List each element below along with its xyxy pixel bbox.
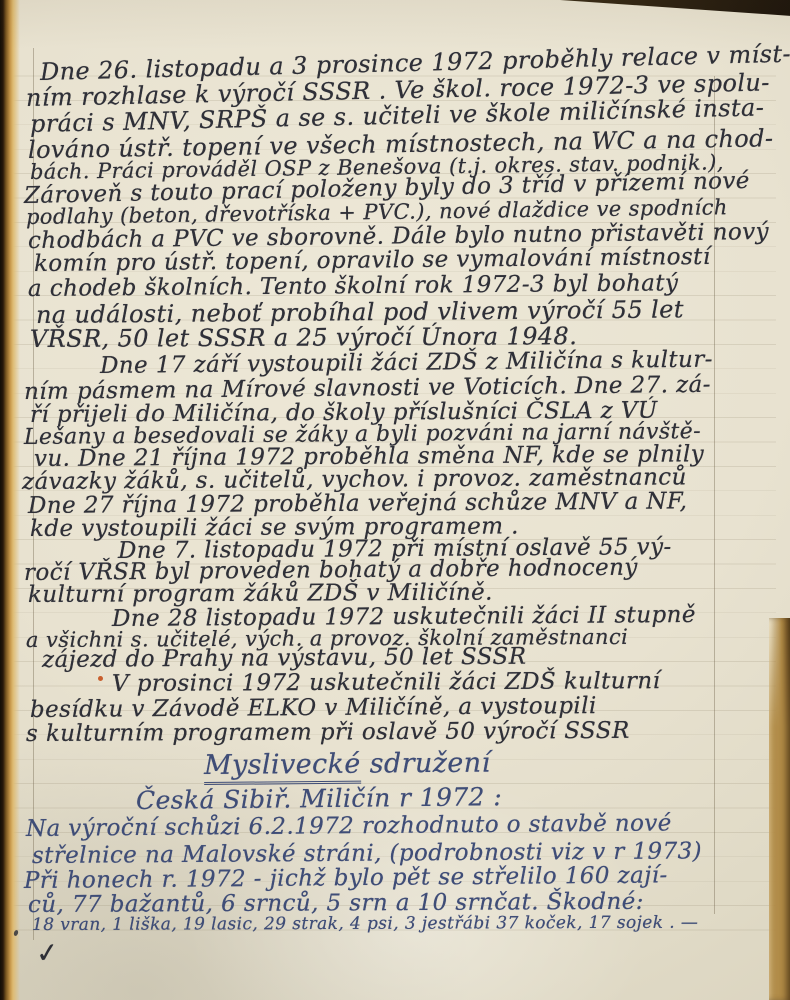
book-binding-left-edge xyxy=(0,0,20,1000)
chronicle-page-photo: Dne 26. listopadu a 3 prosince 1972 prob… xyxy=(0,0,790,1000)
underlying-pages-edge xyxy=(769,618,790,1000)
handwriting-line: zájezd do Prahy na výstavu, 50 let SSSR xyxy=(42,646,527,672)
underlined-heading-word: Myslivecké xyxy=(204,749,361,785)
handwriting-line: Na výroční schůzi 6.2.1972 rozhodnuto o … xyxy=(26,812,672,841)
handwriting-line: VŘSR, 50 let SSSR a 25 výročí Února 1948… xyxy=(30,324,577,351)
handwriting-line: V prosinci 1972 uskutečnili žáci ZDŠ kul… xyxy=(112,670,660,696)
handwriting-line: s kulturním programem při oslavě 50 výro… xyxy=(26,720,630,746)
handwriting-line: Česká Sibiř. Miličín r 1972 : xyxy=(136,784,502,813)
handwriting-line: Myslivecké sdružení xyxy=(204,749,491,778)
handwriting-line: 18 vran, 1 liška, 19 lasic, 29 strak, 4 … xyxy=(32,915,698,934)
checkmark: ✓ xyxy=(34,937,60,970)
heading-rest: sdružení xyxy=(361,747,491,779)
paragraph-mark-dot xyxy=(98,676,103,681)
